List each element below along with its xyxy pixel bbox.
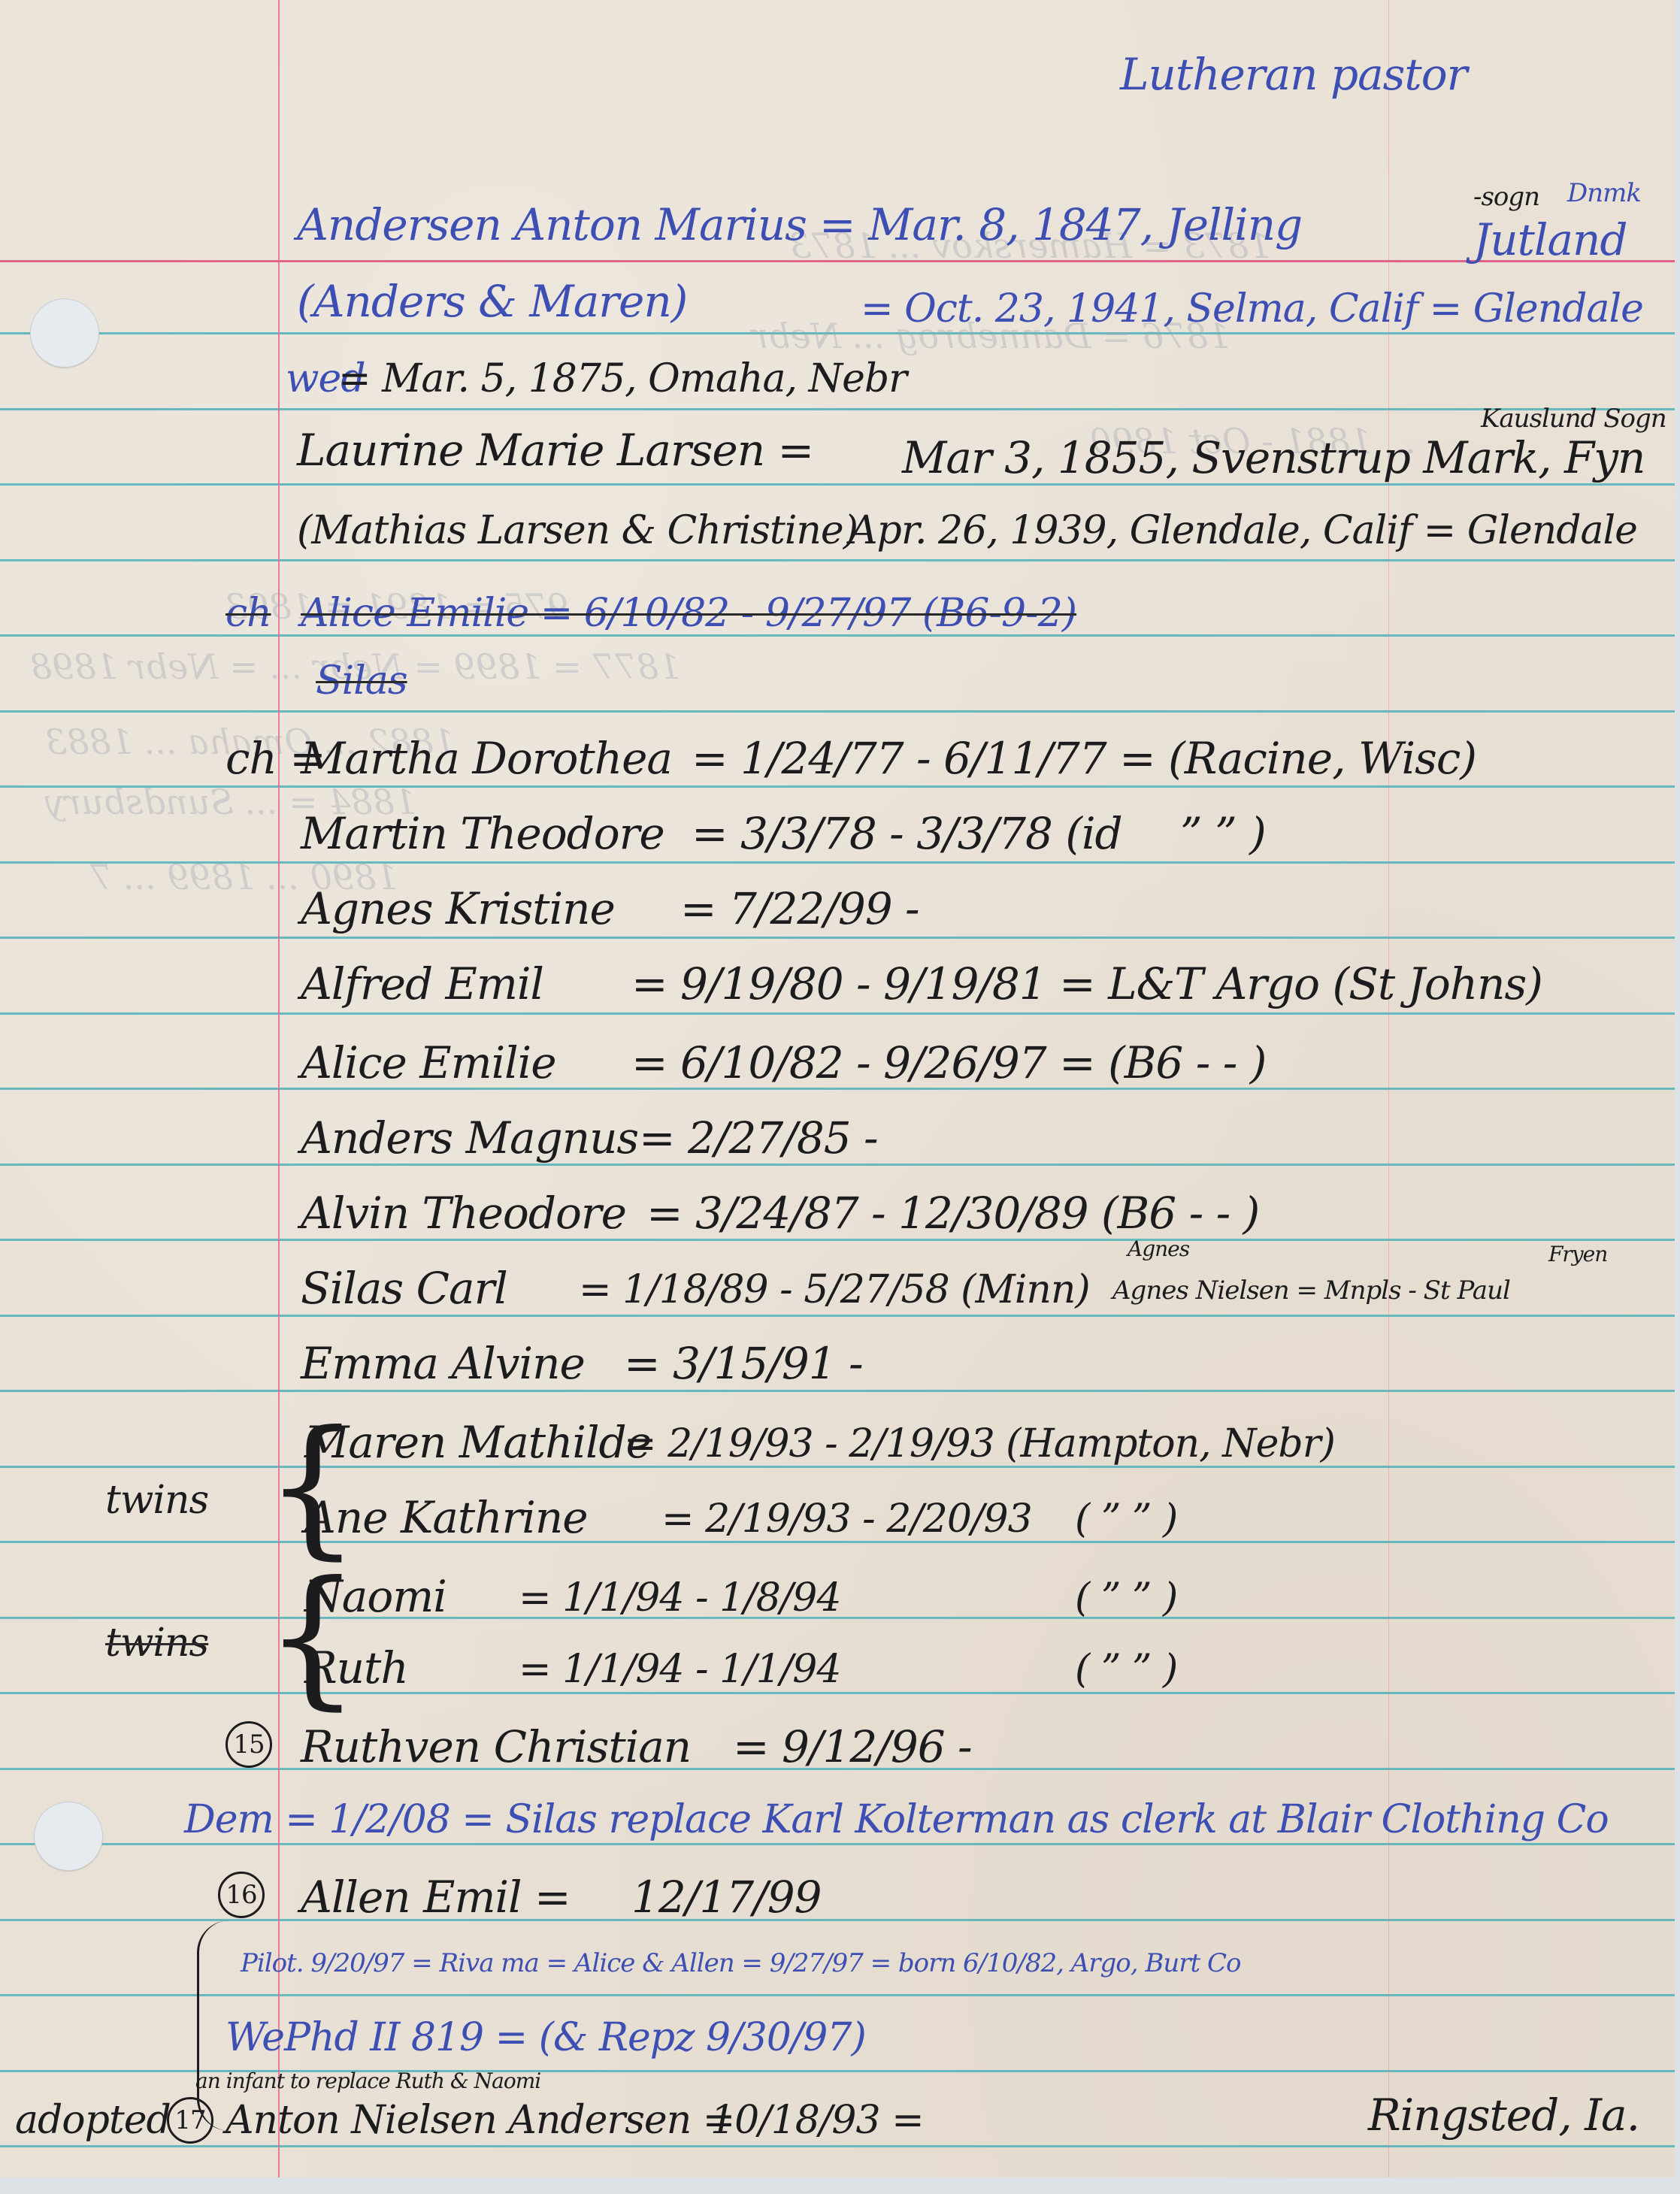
ruled-line xyxy=(0,1692,1675,1694)
ruled-line xyxy=(0,1012,1675,1015)
child-name: Martha Dorothea xyxy=(301,737,672,780)
child-ditto: ( ” ” ) xyxy=(1075,1578,1177,1618)
note-wephd: WePhd II 819 = (& Repz 9/30/97) xyxy=(226,2018,866,2057)
child-dates: = 3/3/78 - 3/3/78 (id xyxy=(692,812,1122,855)
ruled-line xyxy=(0,1390,1675,1392)
ruled-line xyxy=(0,559,1675,561)
child-dates: = 6/10/82 - 9/26/97 = (B6 - - ) xyxy=(631,1041,1266,1085)
child-name: Naomi xyxy=(304,1575,446,1618)
twins-label: twins xyxy=(105,1481,208,1520)
child-dates: = 9/12/96 - xyxy=(733,1725,972,1769)
child-dates: = 9/19/80 - 9/19/81 = L&T Argo (St Johns… xyxy=(631,962,1542,1006)
struck-prefix: ch xyxy=(226,594,271,633)
adopted-note: an infant to replace Ruth & Naomi xyxy=(195,2071,540,2092)
child16-number-badge: 16 xyxy=(218,1872,265,1918)
binder-hole-bottom xyxy=(34,1802,103,1871)
ruled-line xyxy=(0,1315,1675,1317)
ruled-line xyxy=(0,408,1675,410)
ruled-line xyxy=(0,1994,1675,1996)
head-birth: = Mar. 8, 1847, Jelling xyxy=(819,203,1302,247)
child-ditto: ( ” ” ) xyxy=(1075,1650,1177,1689)
struck-entry-silas: Silas xyxy=(316,661,407,701)
child-number-badge: 15 xyxy=(226,1721,272,1768)
child-spouse: Agnes Nielsen = Mnpls - St Paul xyxy=(1112,1278,1510,1303)
ruled-line xyxy=(0,1239,1675,1241)
binder-hole-top xyxy=(30,298,99,368)
child-name: Ane Kathrine xyxy=(304,1496,588,1539)
head-birth-country: Dnmk xyxy=(1567,180,1641,206)
ruled-line xyxy=(0,1843,1675,1845)
child-name: Agnes Kristine xyxy=(301,887,615,931)
spouse-death: Apr. 26, 1939, Glendale, Calif = Glendal… xyxy=(849,511,1637,550)
child-ditto: ” ” ) xyxy=(1180,812,1266,855)
place-footer: Ringsted, Ia. xyxy=(1368,2093,1639,2137)
child-dates: = 2/19/93 - 2/19/93 (Hampton, Nebr) xyxy=(624,1424,1335,1463)
child-name: Alfred Emil xyxy=(301,962,543,1006)
child-dates: = 3/24/87 - 12/30/89 (B6 - - ) xyxy=(646,1191,1259,1235)
child-name: Ruth xyxy=(304,1646,408,1690)
twins2-label: twins xyxy=(105,1624,208,1663)
child-name: Anders Magnus xyxy=(301,1116,638,1160)
note-pilot: Pilot. 9/20/97 = Riva ma = Alice & Allen… xyxy=(241,1950,1241,1976)
spouse-parents: (Mathias Larsen & Christine) xyxy=(297,511,858,550)
child-dates: = 1/24/77 - 6/11/77 = (Racine, Wisc) xyxy=(692,737,1476,780)
child-name: Ruthven Christian xyxy=(301,1725,691,1769)
child-name: Alice Emilie xyxy=(301,1041,556,1085)
head-name: Andersen Anton Marius xyxy=(297,203,807,247)
child-dates: = 2/27/85 - xyxy=(639,1116,878,1160)
child-ditto: ( ” ” ) xyxy=(1075,1499,1177,1539)
spouse-birth-annotation: Kauslund Sogn xyxy=(1481,406,1666,431)
child-name: Emma Alvine xyxy=(301,1342,585,1385)
head-birth-region: Jutland xyxy=(1473,218,1627,262)
child16-name: Allen Emil = xyxy=(301,1875,571,1919)
struck-entry-alice: Alice Emilie = 6/10/82 - 9/27/97 (B6-9-2… xyxy=(301,594,1076,633)
adopted-number-badge: 17 xyxy=(167,2097,213,2144)
adopted-number: 17 xyxy=(167,2097,213,2144)
child-name: Silas Carl xyxy=(301,1266,507,1310)
ruled-line xyxy=(0,1164,1675,1166)
child-dates: = 1/18/89 - 5/27/58 (Minn) xyxy=(579,1270,1090,1309)
child-spouse-annotation: Agnes xyxy=(1128,1239,1189,1260)
note-silas: Dem = 1/2/08 = Silas replace Karl Kolter… xyxy=(184,1800,1609,1839)
notebook-page: 1873 = Hamerskov ... 18731876 = Dannebro… xyxy=(0,0,1675,2177)
child-dates: = 1/1/94 - 1/8/94 xyxy=(519,1578,840,1618)
head-death: = Oct. 23, 1941, Selma, Calif = Glendale xyxy=(861,289,1643,328)
marriage-text: = Mar. 5, 1875, Omaha, Nebr xyxy=(338,359,907,398)
child-name: Maren Mathilde xyxy=(304,1421,651,1464)
ruled-line xyxy=(0,483,1675,486)
child-dates: = 3/15/91 - xyxy=(624,1342,863,1385)
child-dates: = 1/1/94 - 1/1/94 xyxy=(519,1650,840,1689)
ruled-line xyxy=(0,1919,1675,1921)
child-extra-annotation: Fryen xyxy=(1548,1244,1607,1265)
head-parents: (Anders & Maren) xyxy=(297,280,687,323)
ruled-line xyxy=(0,2145,1675,2147)
child-dates: = 7/22/99 - xyxy=(680,887,919,931)
head-birth-annotation: -sogn xyxy=(1473,184,1539,210)
ruled-line xyxy=(0,710,1675,713)
left-margin-line xyxy=(278,0,280,2177)
child16-number: 16 xyxy=(218,1872,265,1918)
spouse-name: Laurine Marie Larsen = xyxy=(297,428,813,472)
child-number: 15 xyxy=(226,1721,272,1768)
child16-dates: 12/17/99 xyxy=(631,1875,822,1919)
adopted-dates: 10/18/93 = xyxy=(710,2101,924,2140)
child-name: Martin Theodore xyxy=(301,812,664,855)
child-dates: = 2/19/93 - 2/20/93 xyxy=(661,1499,1032,1539)
child-name: Alvin Theodore xyxy=(301,1191,626,1235)
adopted-name: Anton Nielsen Andersen = xyxy=(226,2101,734,2140)
spouse-birth: Mar 3, 1855, Svenstrup Mark, Fyn xyxy=(902,436,1645,480)
adopted-label: adopted xyxy=(15,2101,171,2140)
header-note: Lutheran pastor xyxy=(1120,53,1467,96)
ruled-line xyxy=(0,937,1675,939)
